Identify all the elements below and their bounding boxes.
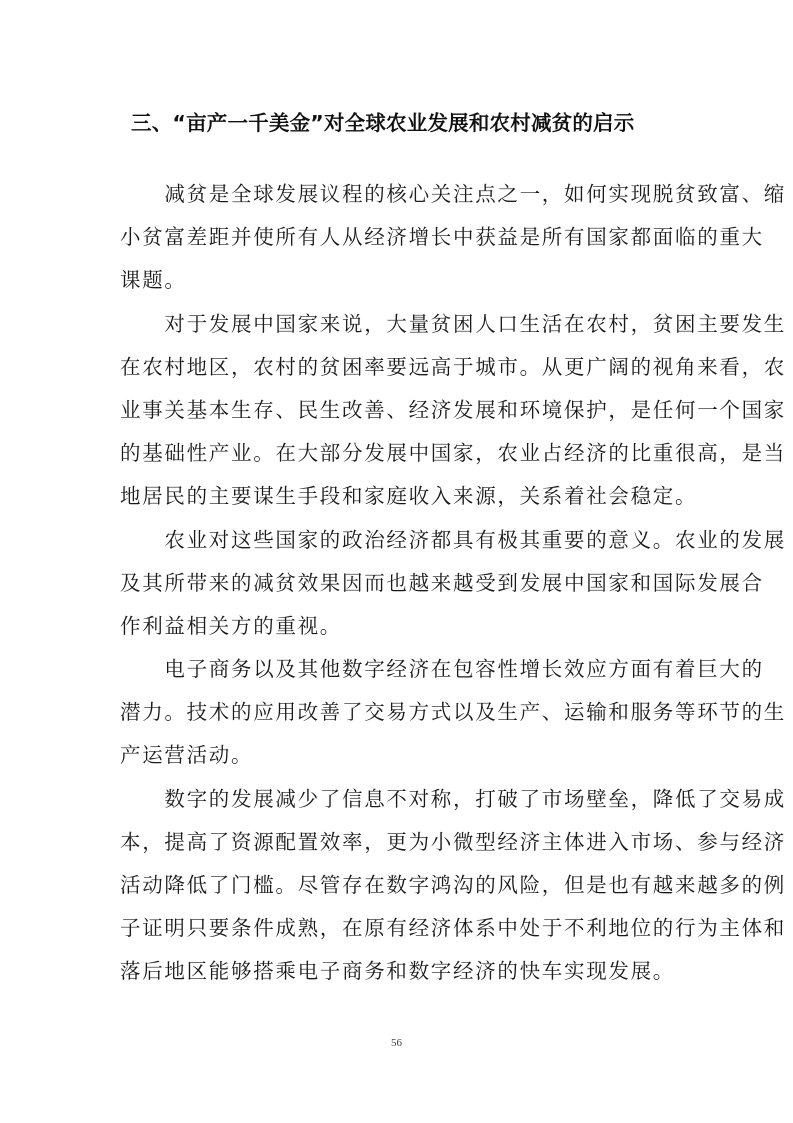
text-line: 课题。 (120, 259, 680, 302)
paragraph-2: 对于发展中国家来说，大量贫困人口生活在农村，贫困主要发生 在农村地区，农村的贫困… (120, 303, 680, 519)
text-line: 减贫是全球发展议程的核心关注点之一，如何实现脱贫致富、缩 (120, 173, 680, 216)
text-line: 农业对这些国家的政治经济都具有极其重要的意义。农业的发展 (120, 519, 680, 562)
page-number: 56 (0, 1037, 793, 1049)
text-line: 业事关基本生存、民生改善、经济发展和环境保护，是任何一个国家 (120, 389, 680, 432)
document-page: 三、“亩产一千美金”对全球农业发展和农村减贫的启示 减贫是全球发展议程的核心关注… (0, 0, 793, 1123)
text-line: 地居民的主要谋生手段和家庭收入来源，关系着社会稳定。 (120, 475, 680, 518)
body-text: 减贫是全球发展议程的核心关注点之一，如何实现脱贫致富、缩 小贫富差距并使所有人从… (120, 173, 680, 994)
text-line: 数字的发展减少了信息不对称，打破了市场壁垒，降低了交易成 (120, 778, 680, 821)
text-line: 对于发展中国家来说，大量贫困人口生活在农村，贫困主要发生 (120, 303, 680, 346)
text-line: 电子商务以及其他数字经济在包容性增长效应方面有着巨大的 (120, 648, 680, 691)
text-line: 子证明只要条件成熟，在原有经济体系中处于不利地位的行为主体和 (120, 907, 680, 950)
section-title: 三、“亩产一千美金”对全球农业发展和农村减贫的启示 (131, 106, 691, 136)
text-line: 在农村地区，农村的贫困率要远高于城市。从更广阔的视角来看，农 (120, 346, 680, 389)
text-line: 及其所带来的减贫效果因而也越来越受到发展中国家和国际发展合 (120, 562, 680, 605)
text-line: 小贫富差距并使所有人从经济增长中获益是所有国家都面临的重大 (120, 216, 680, 259)
paragraph-5: 数字的发展减少了信息不对称，打破了市场壁垒，降低了交易成 本，提高了资源配置效率… (120, 778, 680, 994)
text-line: 活动降低了门槛。尽管存在数字鸿沟的风险，但是也有越来越多的例 (120, 864, 680, 907)
text-line: 产运营活动。 (120, 734, 680, 777)
text-line: 潜力。技术的应用改善了交易方式以及生产、运输和服务等环节的生 (120, 691, 680, 734)
paragraph-3: 农业对这些国家的政治经济都具有极其重要的意义。农业的发展 及其所带来的减贫效果因… (120, 519, 680, 649)
text-line: 作利益相关方的重视。 (120, 605, 680, 648)
text-line: 的基础性产业。在大部分发展中国家，农业占经济的比重很高，是当 (120, 432, 680, 475)
text-line: 落后地区能够搭乘电子商务和数字经济的快车实现发展。 (120, 950, 680, 993)
paragraph-1: 减贫是全球发展议程的核心关注点之一，如何实现脱贫致富、缩 小贫富差距并使所有人从… (120, 173, 680, 303)
paragraph-4: 电子商务以及其他数字经济在包容性增长效应方面有着巨大的 潜力。技术的应用改善了交… (120, 648, 680, 778)
text-line: 本，提高了资源配置效率，更为小微型经济主体进入市场、参与经济 (120, 821, 680, 864)
